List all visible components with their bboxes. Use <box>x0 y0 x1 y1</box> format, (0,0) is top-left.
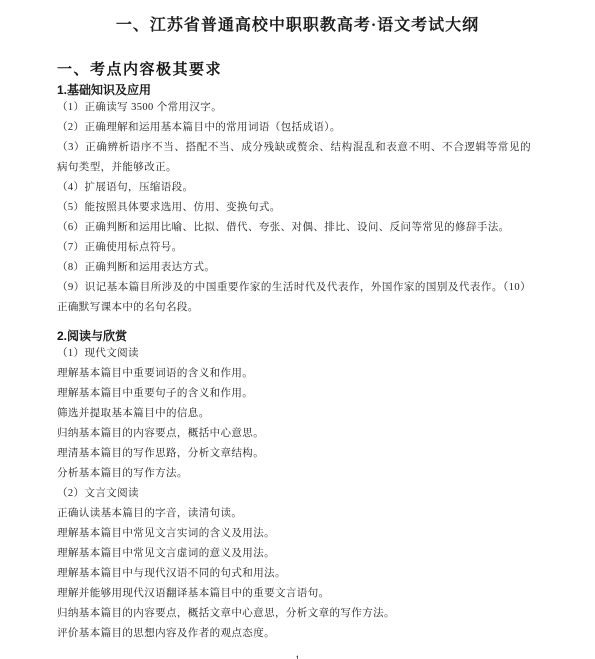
outline-item: 筛选并提取基本篇目中的信息。 <box>57 404 531 424</box>
section-heading: 一、考点内容极其要求 <box>57 62 531 78</box>
outline-item: （5）能按照具体要求选用、仿用、变换句式。 <box>57 198 531 218</box>
outline-item: 正确认读基本篇目的字音，读清句读。 <box>57 504 531 524</box>
outline-item: 理解并能够用现代汉语翻译基本篇目中的重要文言语句。 <box>57 584 531 604</box>
outline-item: 理解基本篇目中重要句子的含义和作用。 <box>57 384 531 404</box>
outline-item: （4）扩展语句，压缩语段。 <box>57 178 531 198</box>
outline-item: 理清基本篇目的写作思路，分析文章结构。 <box>57 444 531 464</box>
outline-item: 归纳基本篇目的内容要点，概括文章中心意思，分析文章的写作方法。 <box>57 604 531 624</box>
outline-item: 理解基本篇目中常见文言虚词的意义及用法。 <box>57 544 531 564</box>
outline-item: （2）文言文阅读 <box>57 484 531 504</box>
outline-item: （1）现代文阅读 <box>57 344 531 364</box>
subsection-heading-basics: 1.基础知识及应用 <box>57 82 531 98</box>
subsection-heading-reading: 2.阅读与欣赏 <box>57 328 531 344</box>
document-body: 一、考点内容极其要求 1.基础知识及应用 （1）正确读写 3500 个常用汉字。… <box>0 62 595 644</box>
page-number: 1 <box>0 652 595 659</box>
outline-item: （1）正确读写 3500 个常用汉字。 <box>57 98 531 118</box>
outline-item: （9）识记基本篇目所涉及的中国重要作家的生活时代及代表作，外国作家的国别及代表作… <box>57 278 531 318</box>
outline-item: 理解基本篇目中与现代汉语不同的句式和用法。 <box>57 564 531 584</box>
document-page: 一、江苏省普通高校中职职教高考·语文考试大纲 一、考点内容极其要求 1.基础知识… <box>0 0 595 659</box>
outline-item: 归纳基本篇目的内容要点，概括中心意思。 <box>57 424 531 444</box>
outline-item: （6）正确判断和运用比喻、比拟、借代、夸张、对偶、排比、设问、反问等常见的修辞手… <box>57 218 531 238</box>
document-title: 一、江苏省普通高校中职职教高考·语文考试大纲 <box>0 0 595 36</box>
outline-item: （8）正确判断和运用表达方式。 <box>57 258 531 278</box>
outline-item: （2）正确理解和运用基本篇目中的常用词语（包括成语）。 <box>57 118 531 138</box>
outline-item: （7）正确使用标点符号。 <box>57 238 531 258</box>
outline-item: 理解基本篇目中常见文言实词的含义及用法。 <box>57 524 531 544</box>
outline-item: 分析基本篇目的写作方法。 <box>57 464 531 484</box>
outline-item: 评价基本篇目的思想内容及作者的观点态度。 <box>57 624 531 644</box>
outline-item: 理解基本篇目中重要词语的含义和作用。 <box>57 364 531 384</box>
outline-item: （3）正确辨析语序不当、搭配不当、成分残缺或赘余、结构混乱和表意不明、不合逻辑等… <box>57 138 531 178</box>
